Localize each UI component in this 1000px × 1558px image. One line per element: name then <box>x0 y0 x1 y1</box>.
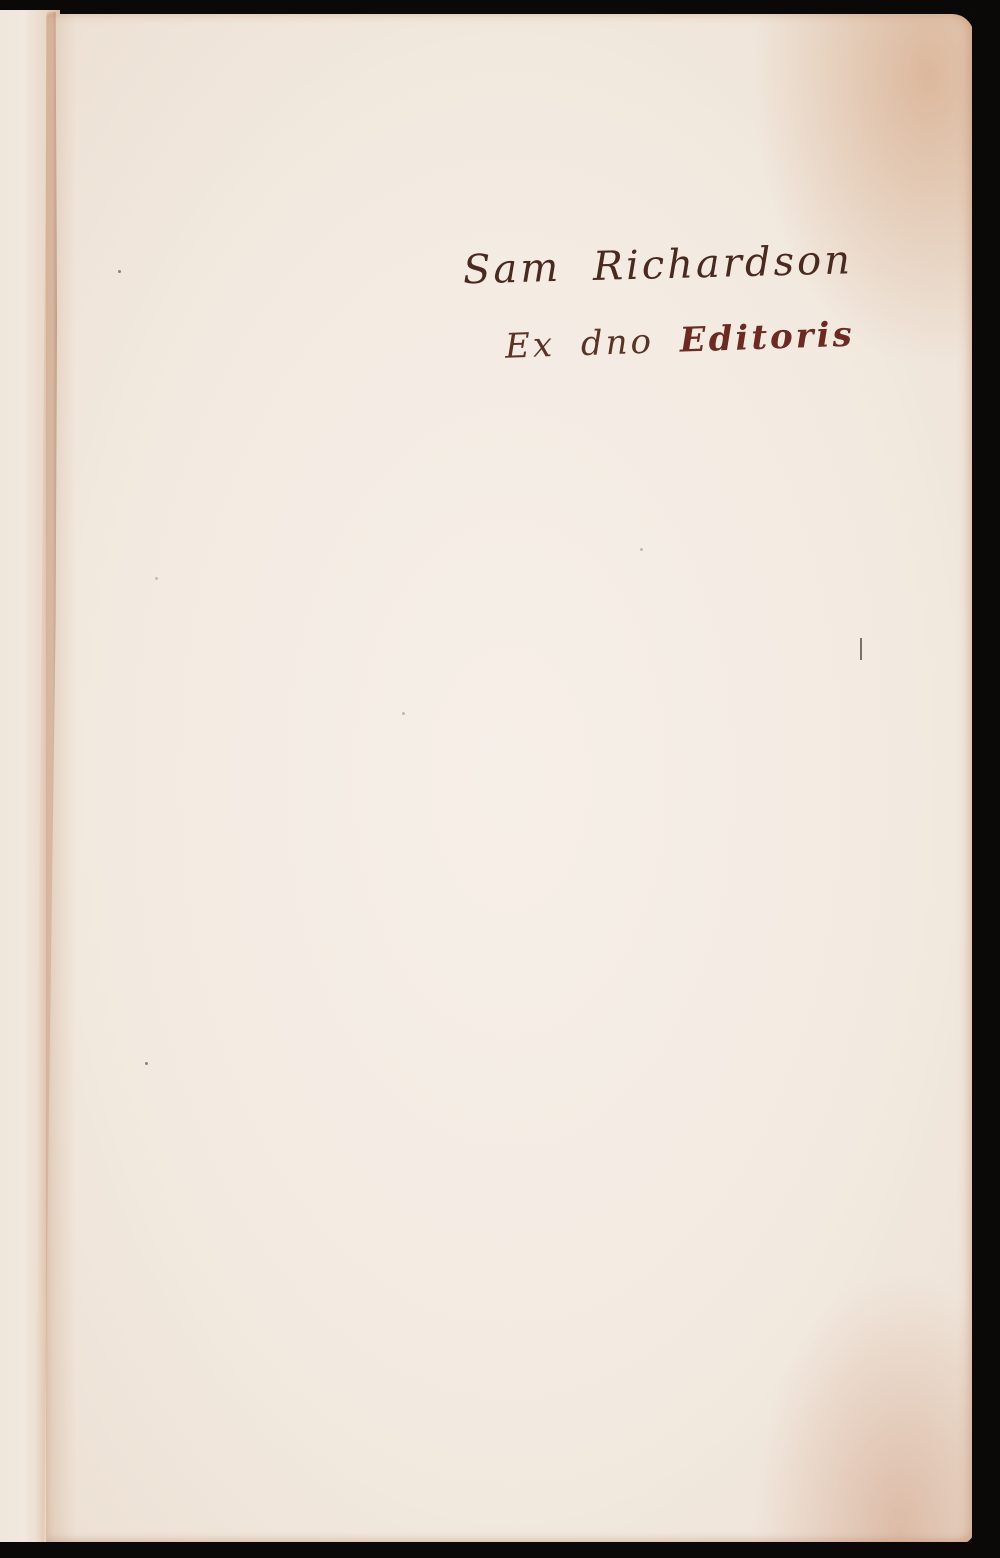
dark-background-right <box>972 0 1000 1558</box>
pencil-mark <box>860 638 862 660</box>
inscription-editoris: Editoris <box>679 315 855 361</box>
dark-background-bottom <box>0 1542 1000 1558</box>
paper-speck <box>640 548 643 551</box>
paper-speck <box>402 712 405 715</box>
dark-background-top <box>0 0 1000 12</box>
inscription-ex-dono: Ex dno <box>504 322 654 367</box>
paper-speck <box>118 270 121 273</box>
handwritten-inscription: Sam Richardson Ex dno Editoris <box>455 235 885 367</box>
photo-scene: Sam Richardson Ex dno Editoris <box>0 0 1000 1558</box>
paper-speck <box>145 1062 148 1065</box>
inscription-gift-line: Ex dno Editoris <box>454 308 886 375</box>
inscription-owner-name: Sam Richardson <box>454 229 885 300</box>
paper-speck <box>155 577 158 580</box>
